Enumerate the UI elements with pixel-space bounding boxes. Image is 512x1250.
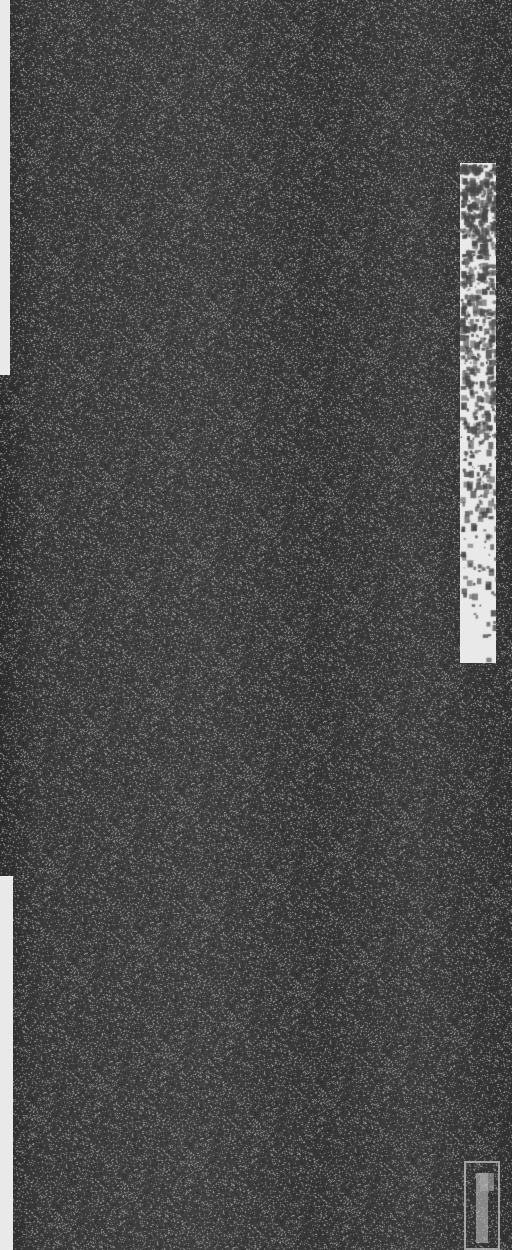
road-photo	[0, 0, 512, 1250]
right-lane-dash	[460, 163, 496, 663]
left-edge-line-bottom	[0, 876, 13, 1250]
road-symbol-glyph-top	[480, 1173, 494, 1191]
left-edge-line-top	[0, 0, 10, 375]
road-symbol-marking	[464, 1161, 500, 1250]
asphalt-texture	[0, 0, 512, 1250]
paint-wear-texture	[460, 163, 496, 663]
